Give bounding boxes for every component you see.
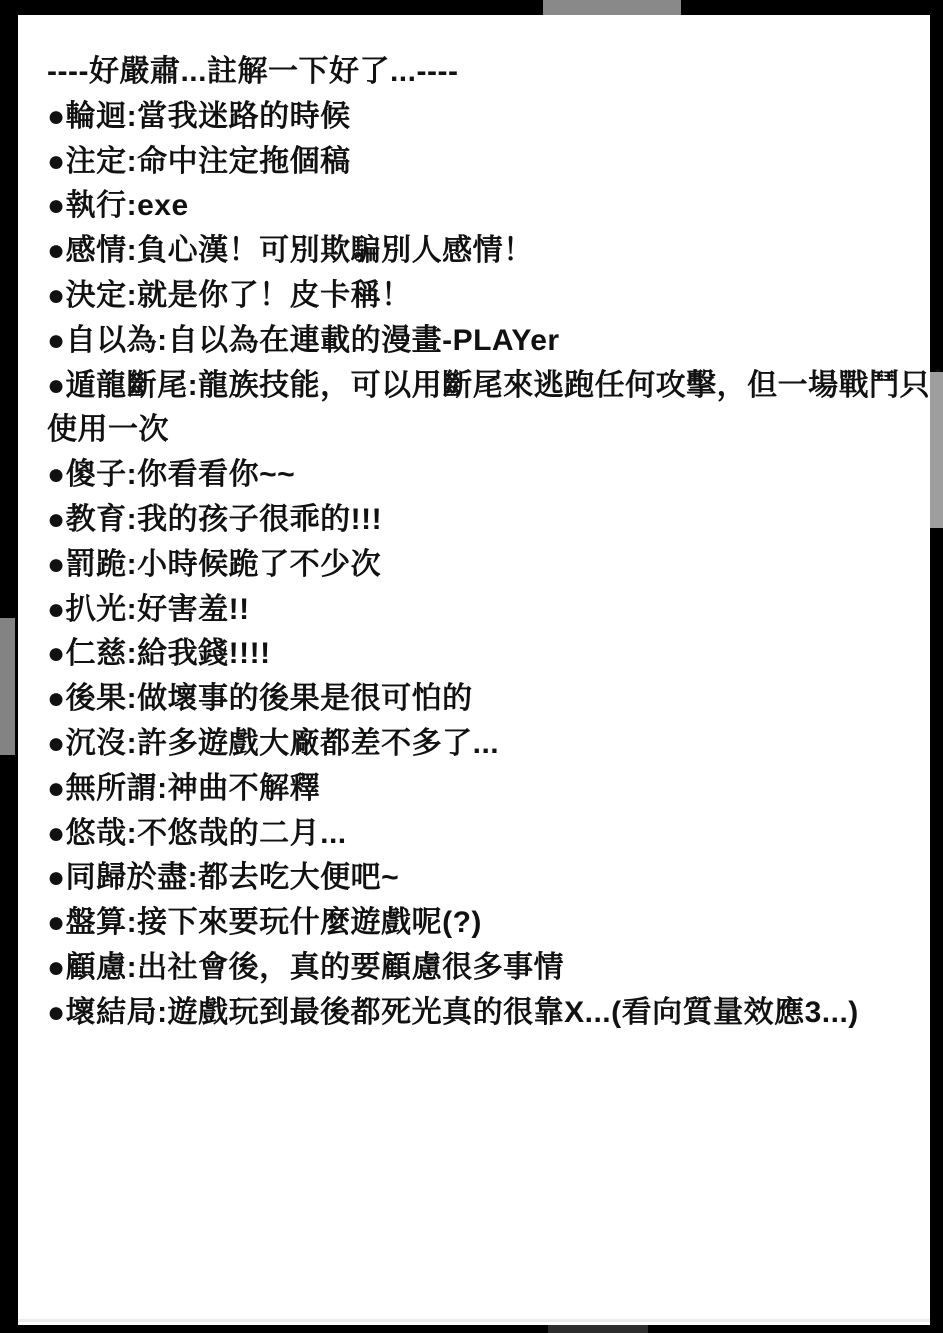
scan-frame: ----好嚴肅...註解一下好了...---- ●輪迴:當我迷路的時候 ●注定:…	[0, 0, 943, 1333]
note-line: ●同歸於盡:都去吃大便吧~	[47, 856, 902, 901]
note-line: ●顧慮:出社會後，真的要顧慮很多事情	[47, 946, 902, 991]
note-line: ●執行:exe	[47, 184, 902, 229]
scan-artifact-top	[543, 0, 681, 15]
notes-list: ----好嚴肅...註解一下好了...---- ●輪迴:當我迷路的時候 ●注定:…	[47, 50, 902, 1036]
note-line: ●盤算:接下來要玩什麼遊戲呢(?)	[47, 901, 902, 946]
note-line: ●感情:負心漢！可別欺騙別人感情！	[47, 229, 902, 274]
scan-artifact-left	[0, 618, 15, 755]
note-line: ●注定:命中注定拖個稿	[47, 140, 902, 185]
scan-artifact-right	[930, 372, 943, 528]
title-line: ----好嚴肅...註解一下好了...----	[47, 50, 902, 95]
note-line: ●輪迴:當我迷路的時候	[47, 95, 902, 140]
page-edge-shadow	[18, 1319, 930, 1322]
note-line: ●自以為:自以為在連載的漫畫-PLAYer	[47, 319, 902, 364]
note-line: ●沉沒:許多遊戲大廠都差不多了...	[47, 722, 902, 767]
page: ----好嚴肅...註解一下好了...---- ●輪迴:當我迷路的時候 ●注定:…	[18, 15, 930, 1325]
note-line: ●傻子:你看看你~~	[47, 453, 902, 498]
note-line: ●扒光:好害羞!!	[47, 588, 902, 633]
note-line: ●遁龍斷尾:龍族技能，可以用斷尾來逃跑任何攻擊，但一場戰鬥只能	[47, 364, 902, 409]
note-line: ●壞結局:遊戲玩到最後都死光真的很靠X...(看向質量效應3...)	[47, 991, 902, 1036]
note-line: ●無所謂:神曲不解釋	[47, 767, 902, 812]
note-line: ●教育:我的孩子很乖的!!!	[47, 498, 902, 543]
scan-artifact-bottom	[548, 1325, 648, 1333]
note-line: ●悠哉:不悠哉的二月...	[47, 812, 902, 857]
note-line: ●決定:就是你了！皮卡稱！	[47, 274, 902, 319]
note-line: ●罰跪:小時候跪了不少次	[47, 543, 902, 588]
note-line: ●仁慈:給我錢!!!!	[47, 632, 902, 677]
note-line: ●後果:做壞事的後果是很可怕的	[47, 677, 902, 722]
note-line-continuation: 使用一次	[47, 408, 902, 453]
